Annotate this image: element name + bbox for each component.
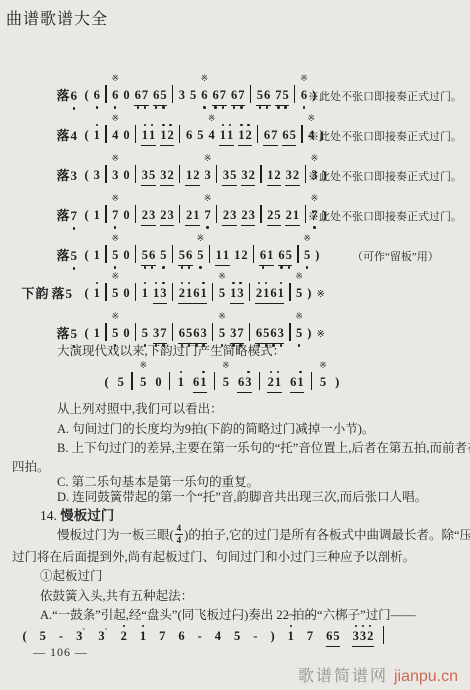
score-line-label: 落3	[55, 165, 79, 185]
note-token: ※5	[319, 375, 326, 390]
barline	[179, 125, 180, 143]
note-token: 21	[267, 375, 282, 393]
score-line-label: 下韵落5	[20, 283, 74, 303]
xi-mark: ※	[111, 73, 119, 84]
score-line-annotation: ※此处不张口即接奏正式过门。	[308, 128, 462, 144]
note-token: -	[253, 629, 258, 644]
note-token: ※5	[140, 375, 147, 390]
fraction-denominator: 4	[175, 535, 184, 545]
xi-mark: ※	[111, 153, 119, 164]
note-token: 5	[117, 375, 124, 390]
xi-mark: ※	[111, 271, 119, 282]
note-token: 落5	[56, 245, 78, 264]
xi-mark: ※	[316, 326, 325, 341]
score-line: 落5(1※5056556※511126165※5)（可作“留板”用）	[0, 229, 470, 267]
barline	[257, 125, 258, 143]
note-token: 1	[141, 286, 148, 301]
barline	[172, 245, 173, 263]
note-token: 3	[93, 168, 100, 183]
note-token: ※5	[112, 326, 119, 341]
note-token: 23	[141, 208, 156, 226]
note-token: 落6	[56, 85, 78, 104]
manban-paragraph-line2: 过门将在后面提到外,尚有起板过门、句间过门和小过门三种应予以剖析。	[12, 547, 415, 565]
barline	[179, 205, 180, 223]
score-line: 落7(1※70232321※723232521※7)※此处不张口即接奏正式过门。	[0, 189, 470, 227]
note-token: (	[84, 208, 89, 223]
xi-mark: ※	[311, 193, 319, 204]
analysis-point-a: A. 句间过门的长度均为9拍(下韵的简略过门减掉一小节)。	[57, 419, 374, 437]
note-token: 11	[219, 128, 234, 146]
note-token: ※5	[296, 326, 303, 341]
note-token: ※6	[201, 88, 208, 103]
xi-mark: ※	[111, 311, 119, 322]
note-token: 35	[222, 168, 237, 186]
note-token: ※5	[112, 286, 119, 301]
barline	[135, 245, 136, 263]
score-line-notes: (1※501132161※5132161※5)※	[82, 283, 327, 304]
barline	[131, 372, 132, 390]
note-token: (	[84, 248, 89, 263]
note-token: 35	[141, 168, 156, 186]
score-line-annotation: ※此处不张口即接奏正式过门。	[308, 88, 462, 104]
note-token: 0	[123, 286, 130, 301]
note-token: 67	[263, 128, 278, 146]
barline	[289, 323, 290, 341]
section-heading: 14. 慢板过门	[40, 504, 114, 524]
manban-paragraph-line1: 慢板过门为一板三眼(44)的拍子,它的过门是所有各板式中曲调最长者。除“压板”	[57, 524, 470, 545]
note-token: 65	[282, 128, 297, 146]
xi-mark: ※	[204, 153, 212, 164]
note-token: )	[307, 286, 312, 301]
note-token: ※4	[112, 128, 119, 143]
note-token: 23	[160, 208, 175, 226]
xi-mark: ※	[319, 360, 327, 371]
note-token: 65	[278, 248, 293, 266]
note-token: 11	[141, 128, 156, 146]
barline	[253, 245, 254, 263]
barline	[169, 372, 170, 390]
score-line: 落3(3※30353212※335321232※3)※此处不张口即接奏正式过门。	[0, 149, 470, 187]
note-token: 落5	[51, 283, 73, 302]
note-token: ※5	[296, 286, 303, 301]
section-title: 慢板过门	[60, 508, 114, 523]
barline	[216, 165, 217, 183]
barline	[216, 205, 217, 223]
note-token: 下韵	[21, 283, 49, 302]
note-token: 4	[214, 629, 221, 644]
note-token: 7	[159, 629, 166, 644]
note-token: 1	[93, 326, 100, 341]
note-token: 332	[352, 629, 374, 647]
score-line-label: 落5	[55, 323, 79, 343]
barline	[294, 85, 295, 103]
simplified-formula: (5※50161※5632161※5)	[100, 356, 344, 394]
score-line: 下韵落5(1※501132161※5132161※5)※	[0, 267, 470, 305]
barline	[214, 372, 215, 390]
note-token: (	[84, 88, 89, 103]
footer: 歌谱简谱网jianpu.cn	[298, 663, 458, 686]
xi-mark: ※	[201, 73, 209, 84]
score-line: 落6(6※60676535※667675675※6)※此处不张口即接奏正式过门。	[0, 69, 470, 107]
note-token: -	[58, 629, 63, 644]
xi-mark: ※	[208, 113, 216, 124]
note-token: ※7	[204, 208, 211, 223]
barline	[289, 283, 290, 301]
qiban-music-line: (5-3ˋ3ˋ2176-4⌒5-)⌒1⌒765332	[16, 610, 387, 648]
score-line-annotation: （可作“留板”用）	[352, 248, 439, 264]
note-token: 65	[153, 88, 168, 106]
score-line-annotation: ※此处不张口即接奏正式过门。	[308, 168, 462, 184]
barline	[209, 245, 210, 263]
note-token: 落4	[56, 125, 78, 144]
note-token: 61	[290, 375, 305, 393]
barline	[105, 245, 106, 263]
score-line-notes: (1※5056556※511126165※5)	[82, 245, 322, 266]
barline	[172, 323, 173, 341]
score-line-label: 落6	[55, 85, 79, 105]
note-token: 5	[197, 128, 204, 143]
note-token: 67	[212, 88, 227, 106]
note-token: 5	[39, 629, 46, 644]
xi-mark: ※	[311, 153, 319, 164]
note-token: ※5	[218, 326, 225, 341]
note-token: ⌒1	[287, 629, 294, 644]
barline	[212, 323, 213, 341]
barline	[249, 323, 250, 341]
score-line-label: 落4	[55, 125, 79, 145]
page-number: — 106 —	[33, 645, 88, 660]
analysis-point-b-line1: B. 上下句过门的差异,主要在第一乐句的“托”音位置上,后者在第五拍,而前者在第	[57, 438, 470, 456]
barline	[105, 165, 106, 183]
time-signature-fraction: 44	[175, 524, 184, 545]
note-token: ※5	[112, 248, 119, 263]
qiban-intro: 依鼓簧入头,共有五种起法：	[40, 586, 193, 604]
note-token: (	[84, 286, 89, 301]
note-token: 25	[267, 208, 282, 226]
manban-text-before: 慢板过门为一板三眼(	[57, 528, 174, 542]
note-token: 12	[160, 128, 175, 146]
score-line-annotation: ※此处不张口即接奏正式过门。	[308, 208, 462, 224]
xi-mark: ※	[316, 286, 325, 301]
note-token: ※7	[112, 208, 119, 223]
note-token: 56	[141, 248, 156, 266]
xi-mark: ※	[111, 193, 119, 204]
arc-mark: ⌒	[232, 616, 243, 627]
note-token: 67	[134, 88, 149, 106]
note-token: 3	[178, 88, 185, 103]
note-token: 0	[123, 128, 130, 143]
note-token: 12	[185, 168, 200, 186]
note-token: 63	[237, 375, 252, 393]
xi-mark: ※	[218, 271, 226, 282]
note-token: ※6	[112, 88, 119, 103]
barline	[105, 85, 106, 103]
qiban-heading: ①起板过门	[40, 566, 103, 584]
note-token: 3ˋ	[98, 627, 108, 644]
score-line-notes: (6※60676535※667675675※6)	[82, 85, 319, 106]
note-token: )	[335, 375, 340, 390]
note-token: )	[307, 326, 312, 341]
barline	[135, 323, 136, 341]
barline	[172, 85, 173, 103]
xi-mark: ※	[222, 360, 230, 371]
note-token: 32	[160, 168, 175, 186]
score-line-notes: (3※30353212※335321232※3)	[82, 165, 329, 186]
note-token: 5	[141, 326, 148, 341]
note-token: (	[84, 128, 89, 143]
xi-mark: ※	[139, 360, 147, 371]
note-token: 67	[231, 88, 246, 106]
page: { "header": { "title": "曲谱歌谱大全" }, "nota…	[0, 0, 470, 690]
note-token: ※6	[300, 88, 307, 103]
barline	[105, 125, 106, 143]
note-token: 落3	[56, 165, 78, 184]
note-token: ※5	[218, 286, 225, 301]
note-token: ※5	[304, 248, 311, 263]
note-token: 61	[259, 248, 274, 266]
barline	[172, 283, 173, 301]
note-token: 75	[275, 88, 290, 106]
note-token: ⌒7	[306, 629, 313, 644]
barline	[260, 205, 261, 223]
note-token: 11	[215, 248, 230, 266]
note-token: ⌒5	[234, 629, 241, 644]
note-token: 12	[238, 128, 253, 146]
footer-site-url: jianpu.cn	[394, 668, 458, 685]
xi-mark: ※	[307, 113, 315, 124]
xi-mark: ※	[303, 233, 311, 244]
note-token: ※4	[208, 128, 215, 143]
barline	[135, 125, 136, 143]
note-token: 61	[193, 375, 208, 393]
note-token: 6	[93, 88, 100, 103]
score-line-notes: (1※40111265※411126765※4)	[82, 125, 326, 146]
note-token: ※3	[204, 168, 211, 183]
note-token: (	[104, 375, 109, 390]
score-line-notes: (1※70232321※723232521※7)	[82, 205, 329, 226]
note-token: 1	[93, 248, 100, 263]
score-line-label: 落5	[55, 245, 79, 265]
note-token: 2	[120, 629, 127, 644]
note-token: 23	[241, 208, 256, 226]
note-token: 6	[178, 629, 185, 644]
note-token: 5	[190, 88, 197, 103]
note-token: (	[84, 168, 89, 183]
note-token: 1	[139, 629, 146, 644]
analysis-intro: 从上列对照中,我们可以看出：	[57, 399, 223, 417]
note-token: )	[315, 248, 320, 263]
note-token: 23	[222, 208, 237, 226]
note-token: 0	[123, 88, 130, 103]
analysis-point-d: D. 连同鼓簧带起的第一个“托”音,韵脚音共出现三次,而后张口人唱。	[57, 487, 427, 505]
barline	[301, 125, 302, 143]
note-token: 0	[123, 248, 130, 263]
note-token: )	[270, 629, 275, 644]
xi-mark: ※	[218, 311, 226, 322]
note-token: 0	[155, 375, 162, 390]
note-token: 56	[256, 88, 271, 106]
xi-mark: ※	[300, 73, 308, 84]
score-line: 落4(1※40111265※411126765※4)※此处不张口即接奏正式过门。	[0, 109, 470, 147]
footer-site-name: 歌谱简谱网	[298, 668, 388, 685]
barline	[179, 165, 180, 183]
note-token: ※5	[197, 248, 204, 263]
barline	[105, 283, 106, 301]
barline	[383, 626, 384, 644]
barline	[135, 165, 136, 183]
barline	[212, 283, 213, 301]
barline	[260, 165, 261, 183]
fraction-numerator: 4	[175, 524, 184, 535]
note-token: 32	[241, 168, 256, 186]
note-token: 2161	[255, 286, 284, 304]
note-token: 5	[160, 248, 167, 263]
note-token: 12	[267, 168, 282, 186]
note-token: 1	[93, 286, 100, 301]
barline	[305, 205, 306, 223]
note-token: 0	[123, 208, 130, 223]
note-token: 0	[123, 326, 130, 341]
note-token: 2161	[178, 286, 207, 304]
xi-mark: ※	[111, 233, 119, 244]
barline	[135, 283, 136, 301]
barline	[135, 205, 136, 223]
xi-mark: ※	[111, 113, 119, 124]
xi-mark: ※	[295, 311, 303, 322]
note-token: 12	[234, 248, 249, 263]
note-token: 0	[123, 168, 130, 183]
barline	[249, 283, 250, 301]
note-token: 56	[178, 248, 193, 266]
xi-mark: ※	[197, 233, 205, 244]
barline	[311, 372, 312, 390]
score-line: 落5(1※505376563※5376563※5)※	[0, 307, 470, 345]
note-token: (	[22, 629, 27, 644]
note-token: 1	[93, 208, 100, 223]
barline	[259, 372, 260, 390]
barline	[105, 205, 106, 223]
note-token: ※5	[222, 375, 229, 390]
analysis-point-b-line2: 四拍。	[12, 457, 50, 475]
note-token: 13	[153, 286, 168, 304]
note-token: 21	[185, 208, 200, 226]
note-token: 1	[177, 375, 184, 390]
note-token: -	[197, 629, 202, 644]
xi-mark: ※	[204, 193, 212, 204]
note-token: 21	[285, 208, 300, 226]
note-token: (	[84, 326, 89, 341]
note-token: 32	[285, 168, 300, 186]
note-token: 65	[326, 629, 341, 647]
xi-mark: ※	[295, 271, 303, 282]
note-token: ※3	[112, 168, 119, 183]
barline	[305, 165, 306, 183]
note-token: 落5	[56, 323, 78, 342]
note-token: 13	[230, 286, 245, 304]
section-number: 14.	[40, 508, 57, 523]
score-line-label: 落7	[55, 205, 79, 225]
arc-mark: ⌒	[304, 616, 315, 627]
barline	[250, 85, 251, 103]
barline	[105, 323, 106, 341]
note-token: 3ˋ	[76, 627, 86, 644]
note-token: 6	[185, 128, 192, 143]
manban-text-after: )的拍子,它的过门是所有各板式中曲调最长者。除“压板”	[184, 528, 470, 542]
note-token: 1	[93, 128, 100, 143]
barline	[297, 245, 298, 263]
note-token: 落7	[56, 205, 78, 224]
page-title: 曲谱歌谱大全	[6, 6, 108, 29]
